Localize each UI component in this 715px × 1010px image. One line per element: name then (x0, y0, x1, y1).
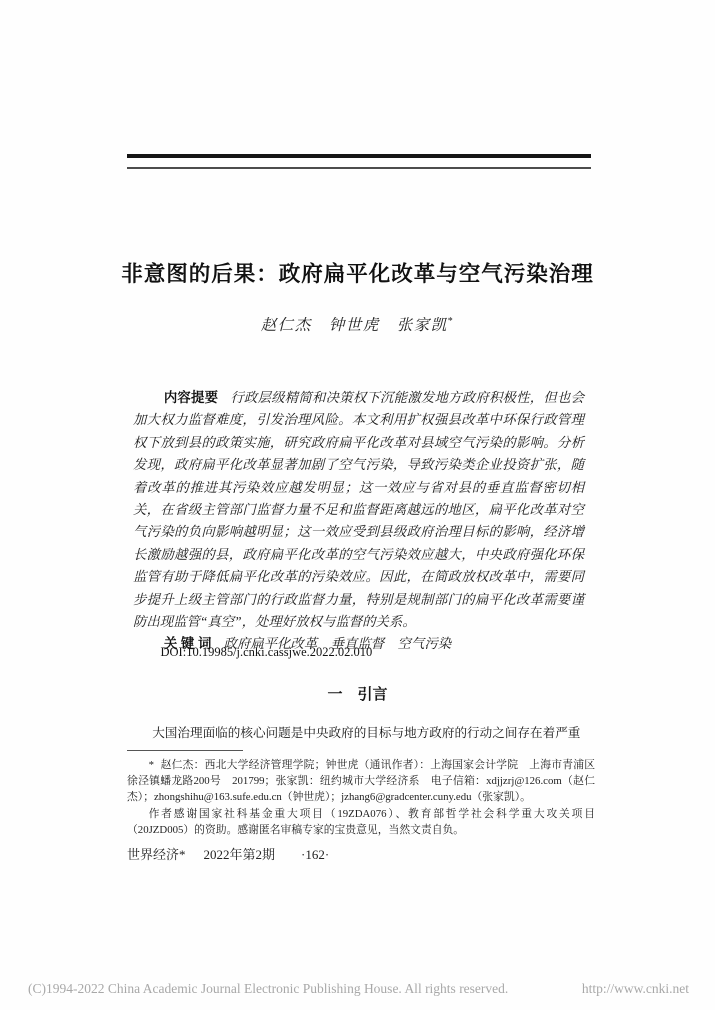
footnote-affiliation: *赵仁杰：西北大学经济管理学院；钟世虎（通讯作者）：上海国家会计学院 上海市青浦… (127, 757, 595, 806)
abstract-text: 行政层级精简和决策权下沉能激发地方政府积极性，但也会加大权力监督难度，引发治理风… (133, 390, 584, 629)
cnki-copyright-banner: (C)1994-2022 China Academic Journal Elec… (28, 981, 689, 997)
header-double-rule (127, 154, 591, 169)
abstract-label: 内容提要 (164, 390, 218, 405)
copyright-text: (C)1994-2022 China Academic Journal Elec… (28, 981, 508, 997)
abstract-paragraph: 内容提要行政层级精简和决策权下沉能激发地方政府积极性，但也会加大权力监督难度，引… (133, 387, 584, 633)
journal-page: 非意图的后果：政府扁平化改革与空气污染治理 赵仁杰 钟世虎 张家凯* 内容提要行… (0, 0, 715, 1010)
footer-issue: 2022年第2期 (204, 847, 276, 862)
section-heading-introduction: 一 引言 (0, 683, 715, 704)
footnote-affiliation-text: 赵仁杰：西北大学经济管理学院；钟世虎（通讯作者）：上海国家会计学院 上海市青浦区… (127, 759, 595, 803)
footer-page-number: ·162· (301, 847, 329, 862)
doi-line: DOI:10.19985/j.cnki.cassjwe.2022.02.010 (133, 645, 593, 660)
cnki-url: http://www.cnki.net (582, 981, 689, 997)
page-footer: 世界经济*2022年第2期·162· (127, 844, 329, 863)
abstract-block: 内容提要行政层级精简和决策权下沉能激发地方政府积极性，但也会加大权力监督难度，引… (133, 387, 584, 656)
article-title: 非意图的后果：政府扁平化改革与空气污染治理 (0, 257, 715, 288)
footer-journal-name: 世界经济* (127, 847, 186, 862)
footnote-acknowledgement: 作者感谢国家社科基金重大项目（19ZDA076）、教育部哲学社会科学重大攻关项目… (127, 806, 595, 838)
footnote-block: *赵仁杰：西北大学经济管理学院；钟世虎（通讯作者）：上海国家会计学院 上海市青浦… (127, 757, 595, 838)
author-line: 赵仁杰 钟世虎 张家凯* (0, 313, 715, 335)
body-paragraph: 大国治理面临的核心问题是中央政府的目标与地方政府的行动之间存在着严重 (127, 723, 593, 744)
footnote-divider (127, 750, 243, 751)
author-footnote-symbol: * (448, 316, 455, 327)
author-names: 赵仁杰 钟世虎 张家凯 (261, 317, 448, 334)
footnote-marker: * (149, 759, 154, 771)
